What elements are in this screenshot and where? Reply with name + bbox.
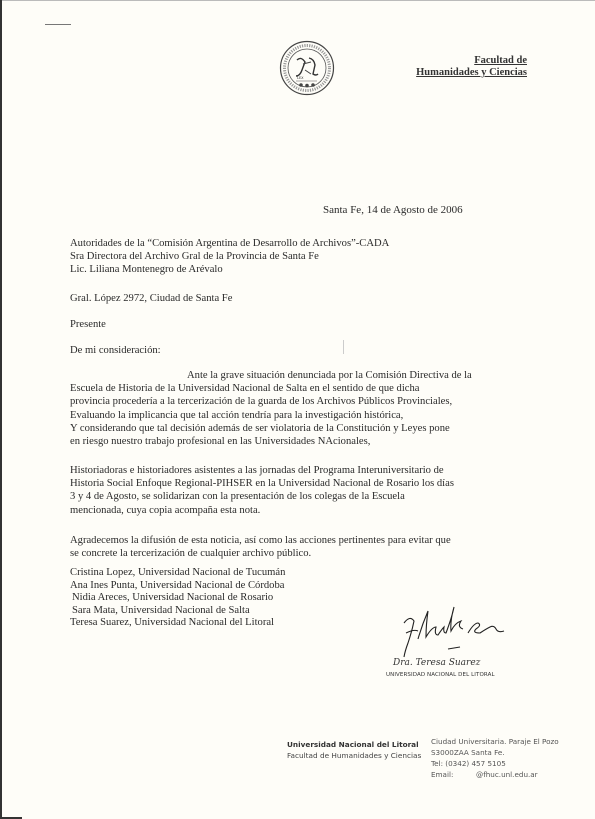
- signatory-list: Cristina Lopez, Universidad Nacional de …: [70, 567, 285, 630]
- paragraph-line: Y considerando que tal decisión además d…: [70, 422, 472, 435]
- signatory: Nidia Areces, Universidad Nacional de Ro…: [70, 592, 285, 605]
- paragraph-line: en riesgo nuestro trabajo profesional en…: [70, 435, 472, 448]
- handwritten-signature-icon: [392, 603, 522, 658]
- svg-text:LEX: LEX: [297, 76, 304, 80]
- scan-edge-left: [0, 0, 2, 819]
- footer-email-label: Email:: [431, 769, 476, 780]
- recipient-address: Gral. López 2972, Ciudad de Santa Fe: [70, 292, 232, 305]
- footer-faculty: Facultad de Humanidades y Ciencias: [287, 750, 421, 761]
- letter-date: Santa Fe, 14 de Agosto de 2006: [323, 204, 463, 217]
- recipient-line: Autoridades de la “Comisión Argentina de…: [70, 237, 389, 250]
- paragraph-1: Ante la grave situación denunciada por l…: [70, 369, 472, 448]
- footer-institution: Universidad Nacional del Litoral Faculta…: [287, 739, 421, 761]
- footer-email-row: Email:@fhuc.unl.edu.ar: [431, 769, 559, 780]
- footer-email-value: @fhuc.unl.edu.ar: [476, 770, 538, 779]
- faculty-header-line2: Humanidades y Ciencias: [400, 67, 527, 79]
- signature-institution: UNIVERSIDAD NACIONAL DEL LITORAL: [386, 672, 495, 678]
- signatory: Teresa Suarez, Universidad Nacional del …: [70, 617, 285, 630]
- faculty-header-line1: Facultad de: [400, 55, 527, 67]
- university-seal-icon: LEX: [279, 40, 335, 96]
- paragraph-2: Historiadoras e historiadores asistentes…: [70, 464, 454, 517]
- scan-mark: [343, 340, 344, 354]
- recipient-block: Autoridades de la “Comisión Argentina de…: [70, 237, 389, 277]
- paragraph-line: Agradecemos la difusión de esta noticia,…: [70, 534, 451, 547]
- signatory: Sara Mata, Universidad Nacional de Salta: [70, 605, 285, 618]
- pen-mark: [45, 24, 71, 25]
- footer-university: Universidad Nacional del Litoral: [287, 739, 421, 750]
- paragraph-line: provincia procedería a la tercerización …: [70, 395, 472, 408]
- paragraph-line: se concrete la tercerización de cualquie…: [70, 547, 451, 560]
- paragraph-line: 3 y 4 de Agosto, se solidarizan con la p…: [70, 490, 454, 503]
- footer-address-line: S3000ZAA Santa Fe.: [431, 747, 559, 758]
- paragraph-line: Historiadoras e historiadores asistentes…: [70, 464, 454, 477]
- paragraph-line: Escuela de Historia de la Universidad Na…: [70, 382, 472, 395]
- salutation: De mi consideración:: [70, 344, 161, 357]
- footer-phone: Tel: (0342) 457 5105: [431, 758, 559, 769]
- signatory: Ana Ines Punta, Universidad Nacional de …: [70, 580, 285, 593]
- paragraph-line: Ante la grave situación denunciada por l…: [70, 369, 472, 382]
- paragraph-3: Agradecemos la difusión de esta noticia,…: [70, 534, 451, 560]
- signature-name: Dra. Teresa Suarez: [393, 658, 480, 668]
- paragraph-line: Historia Social Enfoque Regional-PIHSER …: [70, 477, 454, 490]
- signatory: Cristina Lopez, Universidad Nacional de …: [70, 567, 285, 580]
- scan-edge-top: [0, 0, 595, 1]
- recipient-line: Lic. Liliana Montenegro de Arévalo: [70, 263, 389, 276]
- paragraph-line: mencionada, cuya copia acompaña esta not…: [70, 504, 454, 517]
- recipient-line: Sra Directora del Archivo Gral de la Pro…: [70, 250, 389, 263]
- footer-address-line: Ciudad Universitaria. Paraje El Pozo: [431, 736, 559, 747]
- presente-line: Presente: [70, 318, 106, 331]
- footer-contact: Ciudad Universitaria. Paraje El Pozo S30…: [431, 736, 559, 780]
- paragraph-line: Evaluando la implicancia que tal acción …: [70, 409, 472, 422]
- faculty-header: Facultad de Humanidades y Ciencias: [400, 55, 527, 79]
